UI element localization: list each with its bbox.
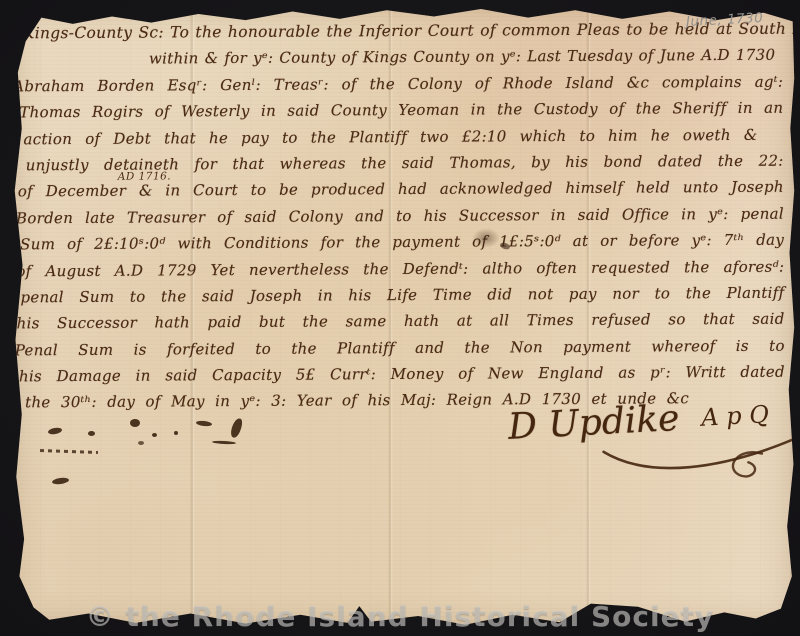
ink-blot (229, 417, 243, 439)
ink-blot (48, 427, 63, 435)
manuscript-text: Kings-County Sc: To the honourable the I… (13, 20, 785, 421)
signature-title: A p Q (701, 400, 770, 432)
ink-blot (152, 433, 157, 437)
ink-blot (88, 431, 95, 436)
ink-blot (138, 441, 144, 445)
manuscript-paper: Kings-County Sc: To the honourable the I… (10, 4, 795, 626)
ink-stain (472, 228, 500, 248)
ink-blot (40, 449, 98, 454)
ink-blot (52, 477, 70, 485)
pen-flourish (722, 449, 772, 485)
photograph-background: Kings-County Sc: To the honourable the I… (0, 0, 800, 636)
ink-blot (130, 419, 140, 427)
ink-blot (212, 440, 236, 444)
interlinear-insertion: AD 1716. (118, 170, 171, 182)
ink-blot (196, 420, 212, 427)
ink-blot (174, 431, 178, 435)
copyright-watermark: © the Rhode Island Historical Society (0, 600, 800, 633)
